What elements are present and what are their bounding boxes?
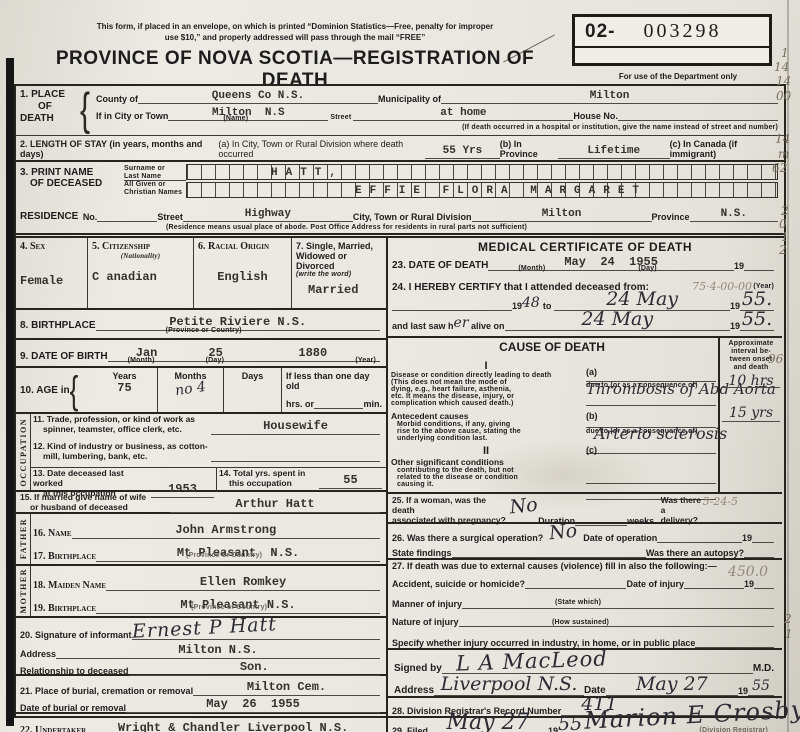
- residence-street-label: Street: [157, 212, 183, 222]
- scan-edge-bar: [6, 58, 14, 726]
- age-months-cell: Months no 4: [158, 368, 224, 412]
- undertaker-field: Wright & Chandler Liverpool N.S.: [86, 718, 380, 732]
- mother-birthplace-field: Mt Pleasant N.S. (Province or Country): [96, 595, 380, 614]
- stay-a-field: 55 Yrs: [425, 140, 499, 159]
- sections-4-7: 4. Sex Female 5. Citizenship (Nationalit…: [16, 238, 386, 310]
- margin-mark: m: [778, 147, 789, 161]
- given-names-value: EFFIE FLORA MARGARET: [355, 185, 647, 197]
- section-3-print-name: 3. PRINT NAME OF DECEASED Surname or Las…: [16, 162, 784, 200]
- registration-form: 1. PLACE OF DEATH { County of Queens Co …: [14, 84, 786, 718]
- hospital-note: (If death occurred in a hospital or inst…: [96, 121, 778, 131]
- section-13-last-worked: 13. Date deceased last worked at this oc…: [31, 468, 217, 492]
- cause-b-line: (b) Arterio sclerosis: [586, 406, 716, 428]
- street-field: at home: [353, 102, 573, 121]
- section-2-length-of-stay: 2. LENGTH OF STAY (in years, months and …: [16, 136, 784, 162]
- street-label: Street: [328, 114, 353, 121]
- residence-city-field: Milton: [472, 203, 652, 222]
- margin-mark: 1: [781, 230, 789, 244]
- death-date-field: May 24 1955 (Month) (Day): [488, 252, 734, 271]
- registrar-signature-field: 55 Marion E Crosby (Division Registrar): [558, 713, 774, 732]
- section-25-pregnancy: 25. If a woman, was the death associated…: [388, 494, 782, 524]
- name-note: (Name): [223, 115, 248, 122]
- section-4-sex: 4. Sex Female: [16, 238, 88, 308]
- death-certificate-scan: This form, if placed in an envelope, on …: [0, 0, 800, 732]
- occupation-vertical-label: OCCUPATION: [16, 414, 31, 490]
- stay-b-field: Lifetime: [558, 140, 670, 159]
- envelope-note-line2: use $10,” and properly addressed will pa…: [60, 33, 530, 44]
- age-years-cell: Years 75: [92, 368, 158, 412]
- birth-month-field: Jan (Month): [108, 343, 186, 362]
- section-1-fields: County of Queens Co N.S. Municipality of…: [96, 86, 784, 135]
- cause-a-line: (a) Thrombosis of Abd Aorta: [586, 362, 716, 382]
- margin-mark: 1: [785, 627, 793, 641]
- total-years-field: 55: [319, 470, 382, 489]
- mother-vertical-label: MOTHER: [16, 566, 31, 616]
- section-19-mother-birthplace: 19. Birthplace Mt Pleasant N.S. (Provinc…: [33, 591, 380, 614]
- informant-signature-field: Ernest P Hatt: [132, 617, 380, 640]
- residence-street-field: Highway: [183, 203, 353, 222]
- margin-mark: 00: [776, 89, 791, 103]
- serial-prefix: 02-: [585, 21, 615, 43]
- sections-13-14: 13. Date deceased last worked at this oc…: [31, 468, 386, 492]
- section-6-racial-origin: 6. Racial Origin English: [194, 238, 292, 308]
- section-22-undertaker: 22. Undertaker Wright & Chandler Liverpo…: [16, 714, 386, 732]
- age-label: 10. AGE in{: [16, 368, 92, 412]
- margin-mark: 96: [768, 352, 783, 366]
- serial-number-box: 02- 003298: [572, 14, 772, 66]
- residence-note: (Residence means usual place of abode. P…: [16, 224, 784, 233]
- county-label: County of: [96, 94, 138, 104]
- cause-labels: I Disease or condition directly leading …: [388, 358, 584, 490]
- trade-field: Housewife: [211, 416, 380, 435]
- margin-mark: 0: [779, 217, 787, 231]
- residence-province-field: N.S.: [690, 203, 778, 222]
- section-8-birthplace: 8. BIRTHPLACE Petite Riviere N.S. (Provi…: [16, 310, 386, 340]
- surname-grid-row: HATT,: [186, 164, 778, 180]
- pencil-note-24: 75·4-00-00: [692, 280, 752, 293]
- serial-number: 003298: [643, 20, 721, 43]
- section-24-certify: 24. I HEREBY CERTIFY that I attended dec…: [388, 280, 782, 336]
- stay-c-label: (c) In Canada (if immigrant): [670, 139, 778, 159]
- section-1-place-of-death: 1. PLACE OF DEATH { County of Queens Co …: [16, 86, 784, 136]
- section-15-spouse: 15. If married give name of wife or husb…: [16, 492, 386, 514]
- margin-mark: 1: [781, 46, 789, 60]
- margin-mark: 14: [774, 60, 789, 74]
- section-3-sublabels: Surname or Last Name All Given or Christ…: [124, 164, 186, 200]
- interval-a-value: 10 hrs: [722, 372, 780, 388]
- mother-block: MOTHER 18. Maiden Name Ellen Romkey 19. …: [16, 566, 386, 618]
- filed-date-field: May 27: [428, 710, 548, 732]
- father-block: FATHER 16. Name John Armstrong 17. Birth…: [16, 514, 386, 566]
- signed-by-row: Signed by L A MacLeod M.D.: [388, 650, 782, 674]
- age-years-value: 75: [96, 381, 153, 395]
- given-names-grid-row: EFFIE FLORA MARGARET: [186, 182, 778, 198]
- residence-row: RESIDENCE No. Street Highway City, Town …: [16, 200, 784, 224]
- father-name-field: John Armstrong: [72, 520, 380, 539]
- maiden-name-field: Ellen Romkey: [106, 572, 380, 591]
- city-town-field: Milton N.S (Name): [168, 102, 328, 121]
- father-vertical-label: FATHER: [16, 514, 31, 564]
- surname-value: HATT,: [271, 167, 344, 179]
- section-5-citizenship: 5. Citizenship (Nationality) C anadian: [88, 238, 194, 308]
- informant-signature: Ernest P Hatt: [131, 613, 277, 643]
- interval-b-value: 15 yrs: [722, 388, 780, 422]
- residence-city-label: City, Town or Rural Division: [353, 212, 472, 222]
- age-days-cell: Days: [224, 368, 282, 412]
- section-1-brace: {: [80, 86, 96, 135]
- marital-status-value: Married: [296, 283, 382, 297]
- sex-value: Female: [20, 274, 83, 288]
- cause-of-death-title: CAUSE OF DEATH: [388, 340, 716, 354]
- margin-mark: 2: [779, 243, 787, 257]
- house-no-field: [618, 120, 778, 121]
- birth-year-field: 1880 (Year): [246, 343, 380, 362]
- section-27-external-causes: 27. If death was due to external causes …: [388, 560, 782, 634]
- section-1-label: 1. PLACE OF DEATH: [16, 86, 80, 135]
- section-11-trade: 11. Trade, profession, or kind of work a…: [31, 414, 386, 440]
- section-29-filed: 29. Filed May 27 19 55 Marion E Crosby (…: [388, 716, 782, 732]
- burial-date-field: May 26 1955: [126, 694, 380, 713]
- cause-of-death-box: CAUSE OF DEATH I Disease or condition di…: [388, 336, 782, 494]
- cause-lines: (a) Thrombosis of Abd Aorta due to (or a…: [586, 362, 716, 500]
- length-of-stay-label: 2. LENGTH OF STAY (in years, months and …: [20, 139, 214, 159]
- form-columns: 4. Sex Female 5. Citizenship (Nationalit…: [16, 238, 784, 732]
- serial-number-row: 02- 003298: [575, 17, 769, 48]
- section-9-date-of-birth: 9. DATE OF BIRTH Jan (Month) 25 (Day) 18…: [16, 340, 386, 368]
- residence-no-field: [97, 221, 157, 222]
- envelope-note: This form, if placed in an envelope, on …: [60, 22, 530, 44]
- section-21-burial: 21. Place of burial, cremation or remova…: [16, 676, 386, 714]
- birthplace-field: Petite Riviere N.S. (Province or Country…: [96, 312, 380, 331]
- envelope-note-line1: This form, if placed in an envelope, on …: [60, 22, 530, 33]
- margin-mark: 2: [784, 612, 792, 626]
- margin-mark: 14: [776, 74, 791, 88]
- residence-no-label: No.: [83, 212, 98, 222]
- age-less-than-day-cell: If less than one day old hrs. or min.: [282, 368, 386, 412]
- section-17-father-birthplace: 17. Birthplace Mt Pleasant N.S. (Provinc…: [33, 539, 380, 562]
- industry-field: [211, 461, 380, 462]
- section-10-age: 10. AGE in{ Years 75 Months no 4 Days If: [16, 368, 386, 414]
- stay-a-label: (a) In City, Town or Rural Division wher…: [218, 139, 425, 159]
- city-town-label: If in City or Town: [96, 111, 168, 121]
- cause-c-line: (c): [586, 440, 716, 454]
- section-3-label: 3. PRINT NAME OF DECEASED: [16, 164, 124, 200]
- margin-mark: 2: [781, 204, 789, 218]
- pregnancy-value: No: [508, 494, 539, 527]
- section-16-father-name: 16. Name John Armstrong: [33, 514, 380, 539]
- informant-relationship-field: Son.: [129, 657, 380, 676]
- house-no-label: House No.: [573, 111, 618, 121]
- residence-province-label: Province: [652, 212, 690, 222]
- section-23-date-of-death: 23. DATE OF DEATH May 24 1955 (Month) (D…: [388, 254, 782, 280]
- section-12-industry: 12. Kind of industry or business, as cot…: [31, 440, 386, 468]
- section-14-total-years: 14. Total yrs. spent in this occupation …: [217, 468, 386, 492]
- division-registrar-note: (Division Registrar): [699, 727, 768, 732]
- occupation-block: OCCUPATION 11. Trade, profession, or kin…: [16, 414, 386, 492]
- department-note: For use of the Department only: [588, 72, 768, 81]
- section-18-maiden-name: 18. Maiden Name Ellen Romkey: [33, 566, 380, 591]
- name-grid: HATT, EFFIE FLORA MARGARET: [186, 164, 784, 200]
- pencil-note-25: 5-24-5: [703, 495, 738, 526]
- operation-value: No: [542, 519, 584, 545]
- racial-origin-value: English: [198, 270, 287, 284]
- stay-b-label: (b) In Province: [500, 139, 558, 159]
- section-26-operation: 26. Was there a surgical operation? No D…: [388, 524, 782, 560]
- physician-signature: L A MacLeod: [455, 646, 607, 675]
- margin-mark: 62: [772, 161, 787, 175]
- birth-day-field: 25 (Day): [186, 343, 246, 362]
- margin-mark: 14: [775, 132, 790, 146]
- physician-signature-field: L A MacLeod: [442, 649, 753, 674]
- citizenship-value: C anadian: [92, 270, 189, 284]
- personal-column: 4. Sex Female 5. Citizenship (Nationalit…: [16, 238, 388, 732]
- residence-label: RESIDENCE: [20, 211, 78, 222]
- medical-column: MEDICAL CERTIFICATE OF DEATH 23. DATE OF…: [388, 238, 782, 732]
- section-7-marital-status: 7. Single, Married, Widowed or Divorced …: [292, 238, 386, 308]
- section-20-informant: 20. Signature of informant Ernest P Hatt…: [16, 618, 386, 676]
- father-birthplace-field: Mt Pleasant N.S. (Province or Country): [96, 543, 380, 562]
- spouse-field: Arthur Hatt: [170, 494, 380, 513]
- pencil-note-27: 450.0: [728, 564, 768, 580]
